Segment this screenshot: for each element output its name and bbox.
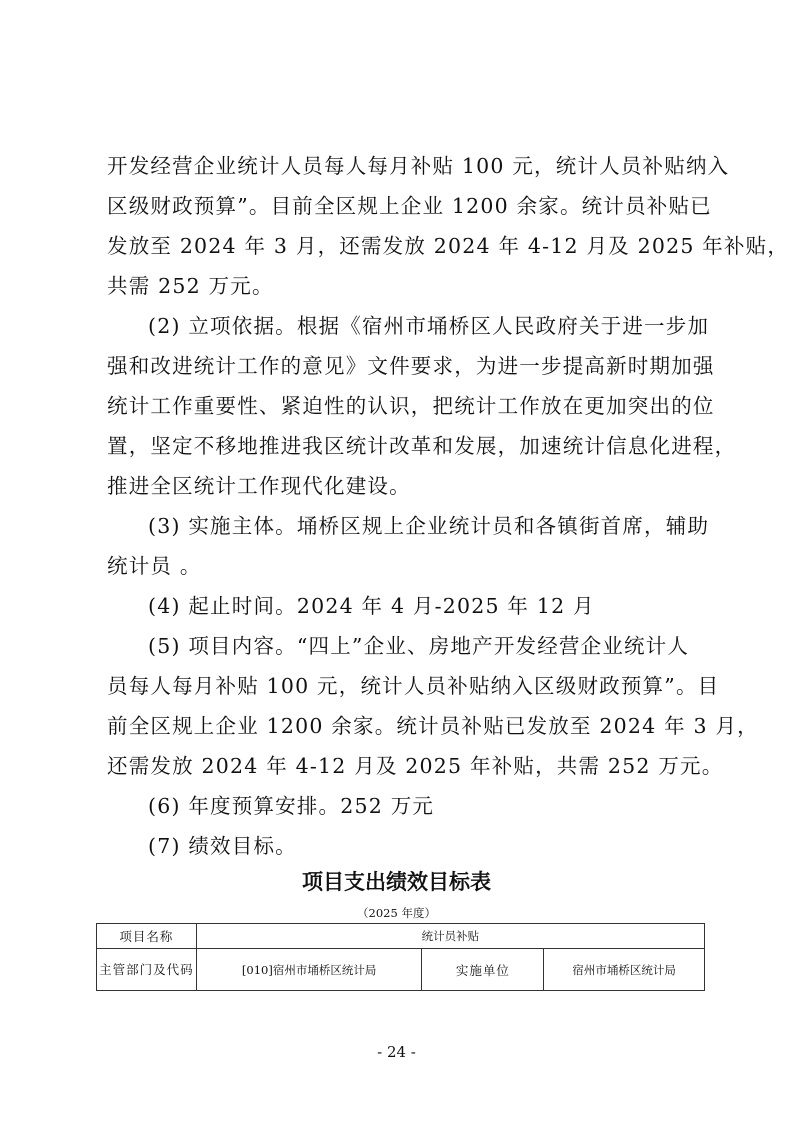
text-line: 发放至 2024 年 3 月，还需发放 2024 年 4-12 月及 2025 …: [107, 226, 697, 266]
page-number: - 24 -: [0, 1043, 793, 1061]
table-row: 主管部门及代码 [010]宿州市埇桥区统计局 实施单位 宿州市埇桥区统计局: [97, 949, 705, 991]
paragraph-implementing-entity: (3) 实施主体。埇桥区规上企业统计员和各镇街首席，辅助 统计员 。: [107, 506, 697, 586]
text-line: 开发经营企业统计人员每人每月补贴 100 元，统计人员补贴纳入: [107, 146, 697, 186]
text-line: (6) 年度预算安排。252 万元: [107, 786, 697, 826]
cell-value-implementing-unit: 宿州市埇桥区统计局: [544, 949, 705, 991]
text-line: (2) 立项依据。根据《宿州市埇桥区人民政府关于进一步加: [107, 306, 697, 346]
cell-value-department: [010]宿州市埇桥区统计局: [196, 949, 422, 991]
paragraph-period: (4) 起止时间。2024 年 4 月-2025 年 12 月: [107, 586, 697, 626]
performance-goal-table: 项目名称 统计员补贴 主管部门及代码 [010]宿州市埇桥区统计局 实施单位 宿…: [96, 923, 705, 991]
text-line: 还需发放 2024 年 4-12 月及 2025 年补贴，共需 252 万元。: [107, 746, 697, 786]
text-line: 区级财政预算”。目前全区规上企业 1200 余家。统计员补贴已: [107, 186, 697, 226]
cell-label-department: 主管部门及代码: [97, 949, 197, 991]
paragraph-performance-goal: (7) 绩效目标。: [107, 826, 697, 866]
text-line: 推进全区统计工作现代化建设。: [107, 466, 697, 506]
cell-value-project-name: 统计员补贴: [196, 924, 704, 949]
text-line: (3) 实施主体。埇桥区规上企业统计员和各镇街首席，辅助: [107, 506, 697, 546]
paragraph-project-basis: (2) 立项依据。根据《宿州市埇桥区人民政府关于进一步加 强和改进统计工作的意见…: [107, 306, 697, 506]
text-line: 统计员 。: [107, 546, 697, 586]
text-line: 前全区规上企业 1200 余家。统计员补贴已发放至 2024 年 3 月，: [107, 706, 697, 746]
text-line: 共需 252 万元。: [107, 266, 697, 306]
text-line: (4) 起止时间。2024 年 4 月-2025 年 12 月: [107, 586, 697, 626]
cell-label-implementing-unit: 实施单位: [422, 949, 544, 991]
paragraph-project-content-continued: 开发经营企业统计人员每人每月补贴 100 元，统计人员补贴纳入 区级财政预算”。…: [107, 146, 697, 306]
text-line: 置，坚定不移地推进我区统计改革和发展，加速统计信息化进程，: [107, 426, 697, 466]
text-line: 统计工作重要性、紧迫性的认识，把统计工作放在更加突出的位: [107, 386, 697, 426]
cell-label-project-name: 项目名称: [97, 924, 197, 949]
table-title: 项目支出绩效目标表: [0, 866, 793, 896]
table-subtitle: （2025 年度）: [0, 905, 793, 921]
text-line: 强和改进统计工作的意见》文件要求，为进一步提高新时期加强: [107, 346, 697, 386]
document-page: 开发经营企业统计人员每人每月补贴 100 元，统计人员补贴纳入 区级财政预算”。…: [0, 0, 793, 1122]
paragraph-annual-budget: (6) 年度预算安排。252 万元: [107, 786, 697, 826]
text-line: 员每人每月补贴 100 元，统计人员补贴纳入区级财政预算”。目: [107, 666, 697, 706]
table-row: 项目名称 统计员补贴: [97, 924, 705, 949]
text-line: (7) 绩效目标。: [107, 826, 697, 866]
text-line: (5) 项目内容。“四上”企业、房地产开发经营企业统计人: [107, 626, 697, 666]
paragraph-project-content: (5) 项目内容。“四上”企业、房地产开发经营企业统计人 员每人每月补贴 100…: [107, 626, 697, 786]
